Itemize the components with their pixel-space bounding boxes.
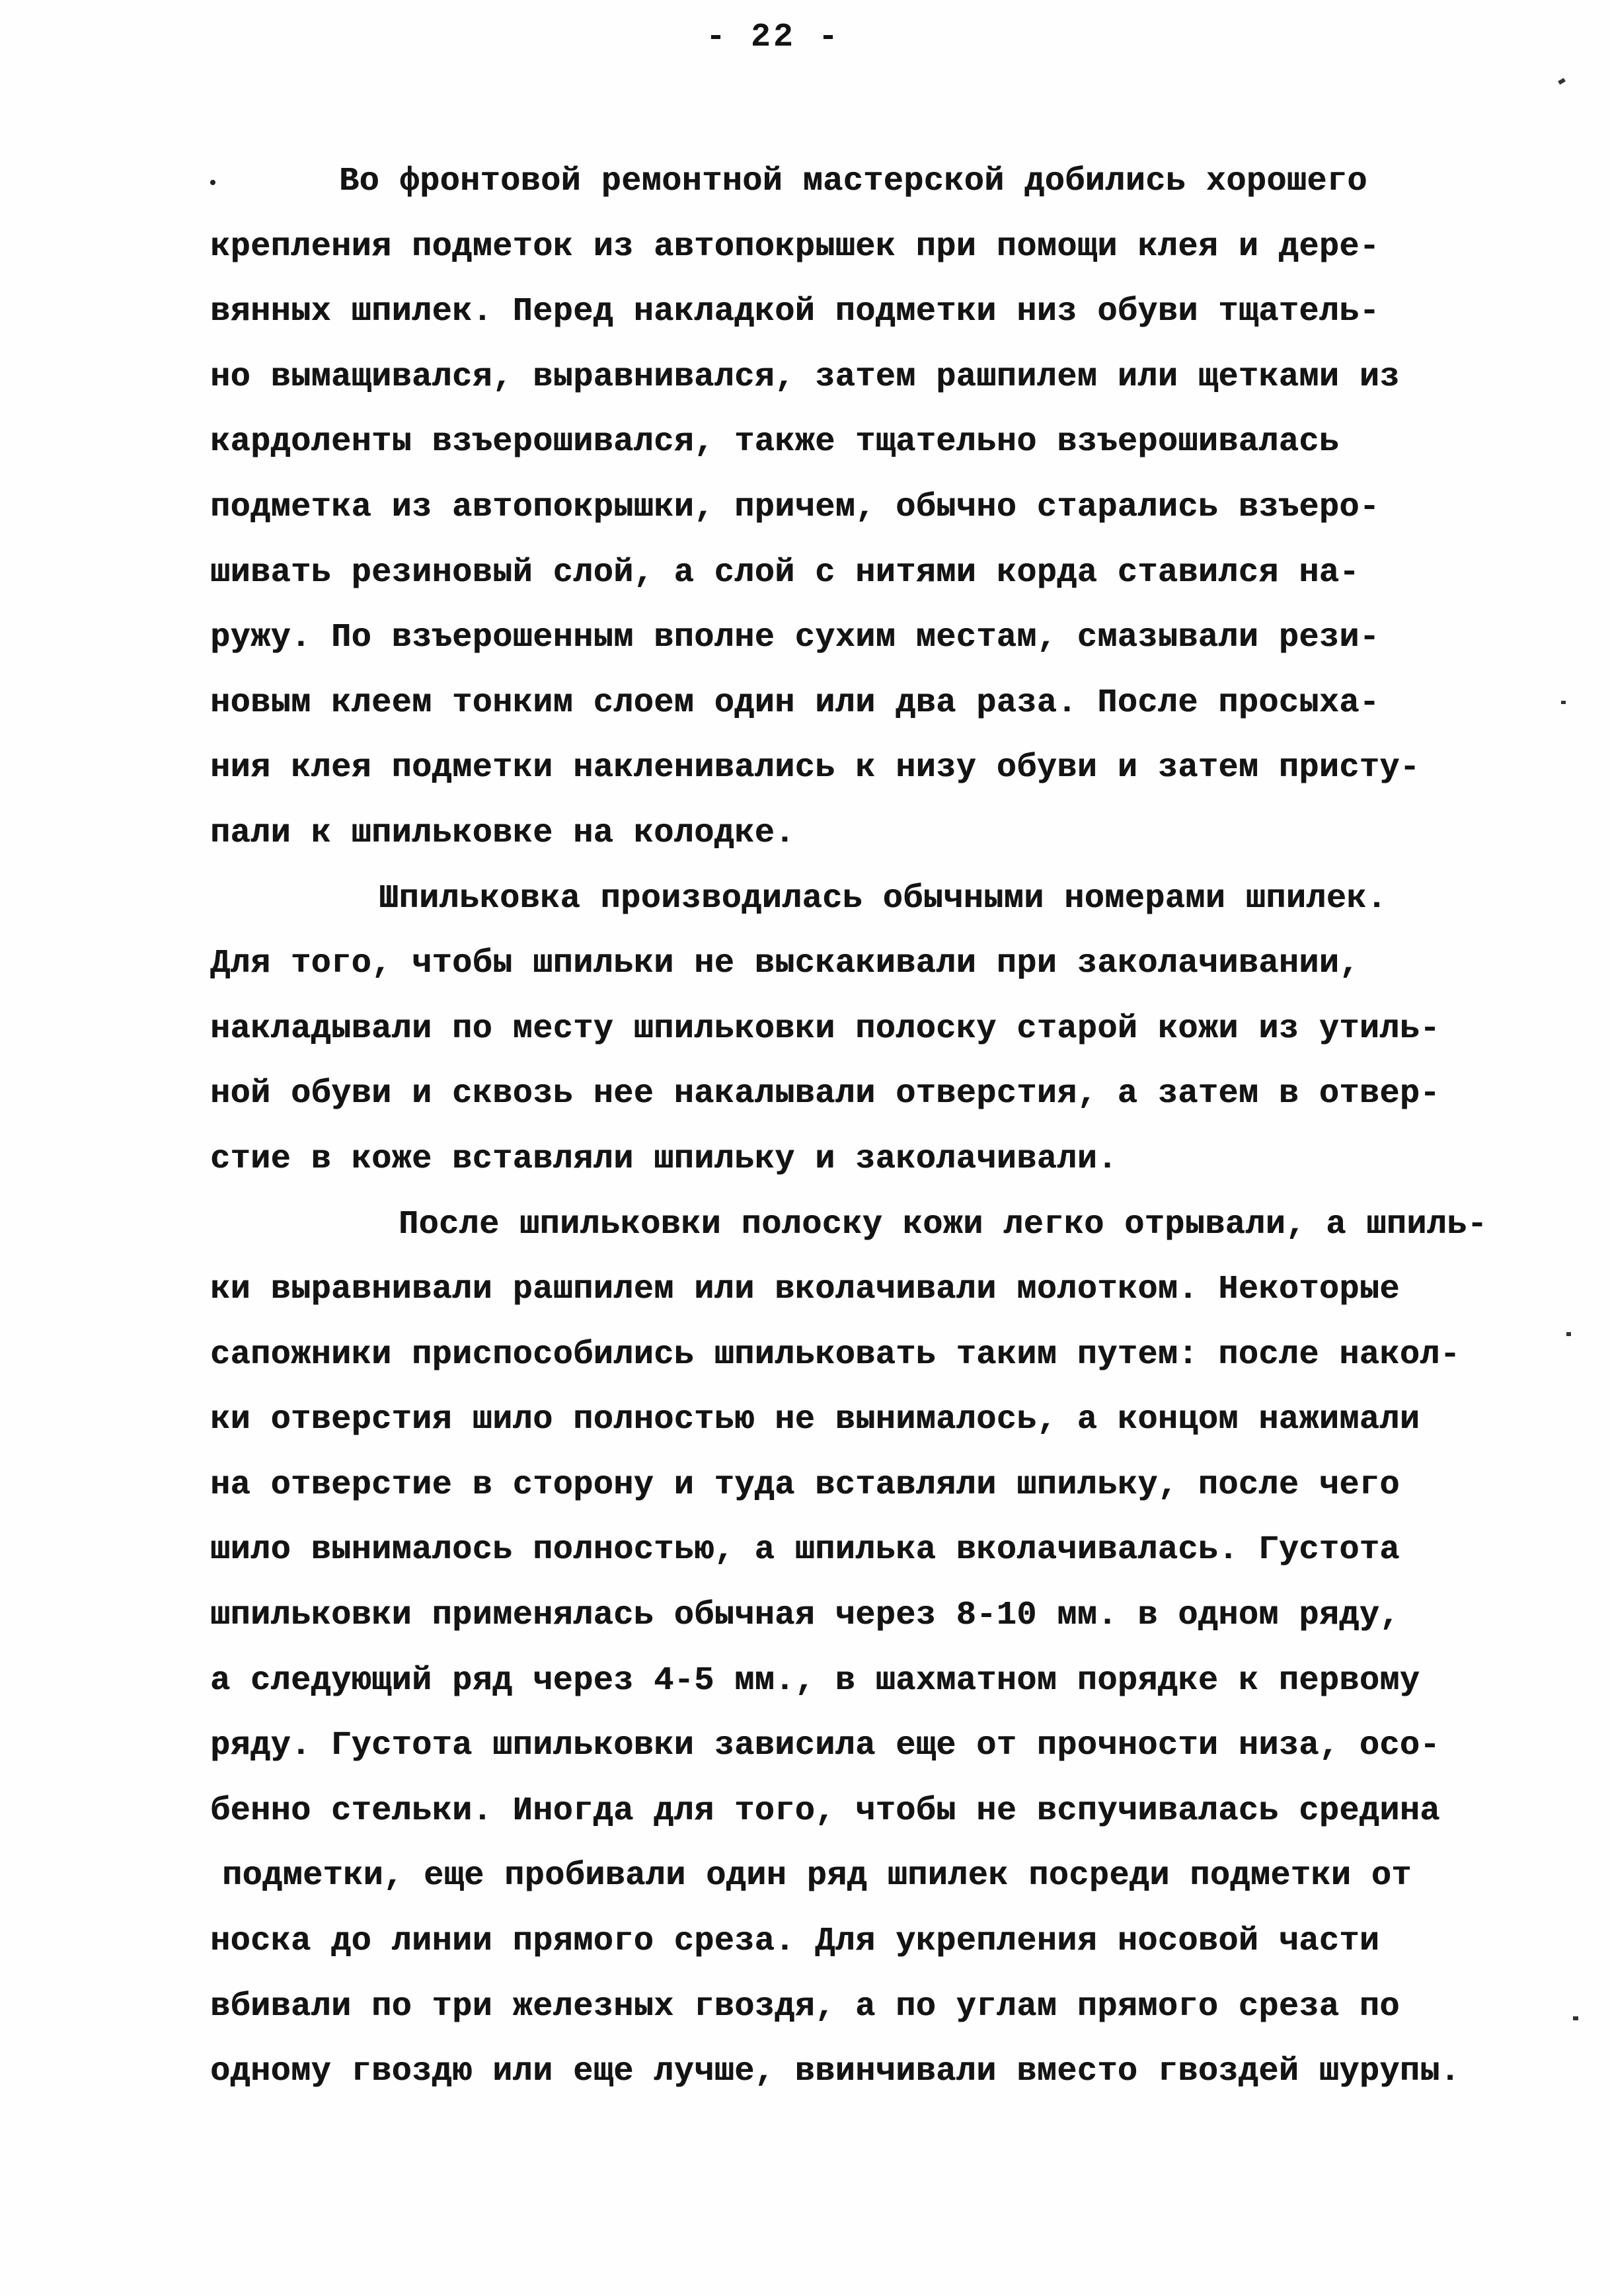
typewritten-body: Во фронтовой ремонтной мастерской добили… [210,149,1565,2105]
text-line: ряду. Густота шпильковки зависила еще от… [210,1714,1565,1779]
text-line: но вымащивался, выравнивался, затем рашп… [210,345,1565,411]
text-line: на отверстие в сторону и туда вставляли … [210,1453,1565,1519]
text-line: крепления подметок из автопокрышек при п… [210,215,1565,280]
text-line: новым клеем тонким слоем один или два ра… [210,671,1565,736]
document-page: - 22 - Во фронтовой ремонтной мастерской… [0,0,1610,2296]
text-line: кардоленты взъерошивался, также тщательн… [210,410,1565,475]
text-line: ружу. По взъерошенным вполне сухим места… [210,606,1565,671]
scan-speck [1558,78,1566,85]
text-line: сапожники приспособились шпильковать так… [210,1323,1565,1388]
text-line: Шпильковка производилась обычными номера… [210,867,1565,932]
text-line: носка до линии прямого среза. Для укрепл… [210,1909,1565,1975]
text-line: подметка из автопокрышки, причем, обычно… [210,475,1565,541]
scan-speck [1566,1332,1571,1336]
text-line: а следующий ряд через 4-5 мм., в шахматн… [210,1649,1565,1714]
text-line: пали к шпильковке на колодке. [210,801,1565,867]
text-line: одному гвоздю или еще лучше, ввинчивали … [210,2039,1565,2105]
text-line: стие в коже вставляли шпильку и заколачи… [210,1127,1565,1193]
text-line: вбивали по три железных гвоздя, а по угл… [210,1975,1565,2040]
text-line: Для того, чтобы шпильки не выскакивали п… [210,931,1565,997]
text-line: После шпильковки полоску кожи легко отры… [210,1193,1565,1258]
text-line: шивать резиновый слой, а слой с нитями к… [210,541,1565,606]
text-line: ки выравнивали рашпилем или вколачивали … [210,1257,1565,1323]
text-line: вянных шпилек. Перед накладкой подметки … [210,280,1565,345]
text-line: накладывали по месту шпильковки полоску … [210,997,1565,1062]
text-line: ки отверстия шило полностью не вынималос… [210,1388,1565,1453]
text-line: ния клея подметки накленивались к низу о… [210,736,1565,801]
text-line: ной обуви и сквозь нее накалывали отверс… [210,1062,1565,1127]
text-line: бенно стельки. Иногда для того, чтобы не… [210,1779,1565,1844]
scan-speck [1573,2016,1578,2020]
text-line: шило вынималось полностью, а шпилька вко… [210,1518,1565,1583]
text-line: Во фронтовой ремонтной мастерской добили… [210,149,1565,215]
text-line: подметки, еще пробивали один ряд шпилек … [210,1844,1565,1909]
page-number: - 22 - [0,19,1547,56]
text-line: шпильковки применялась обычная через 8-1… [210,1583,1565,1649]
